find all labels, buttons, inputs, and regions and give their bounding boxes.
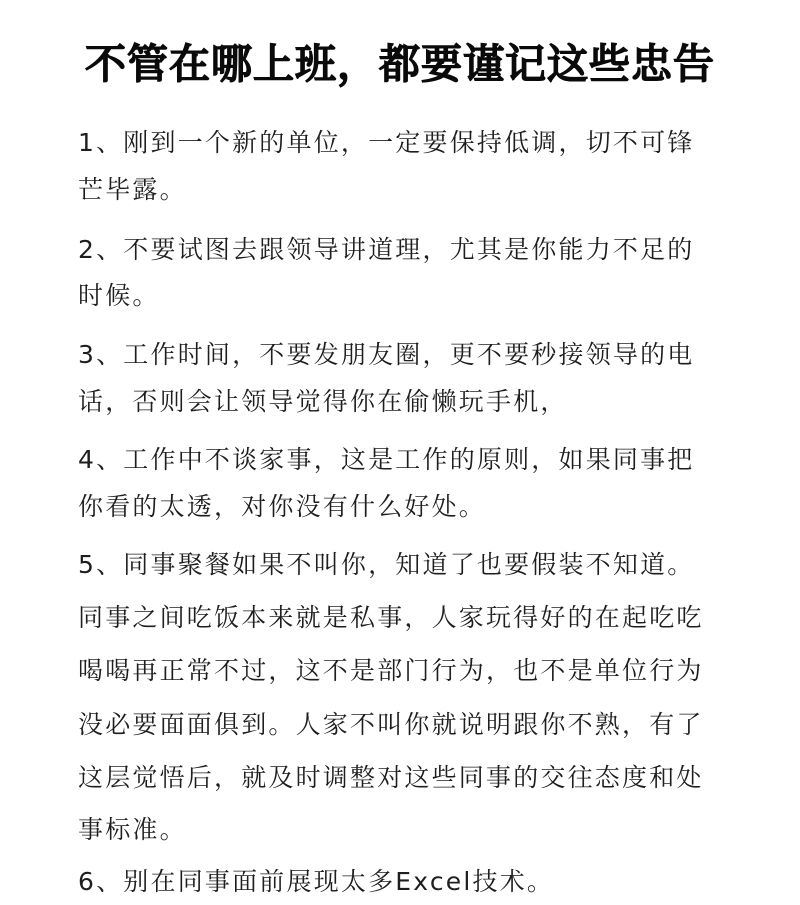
advice-5-line-2: 同事之间吃饭本来就是私事，人家玩得好的在起吃吃: [78, 601, 704, 635]
advice-1-line-2: 芒毕露。: [78, 173, 187, 207]
advice-2-line-2: 时候。: [78, 279, 160, 313]
advice-5-line-4: 没必要面面俱到。人家不叫你就说明跟你不熟，有了: [78, 708, 704, 742]
advice-4-line-2: 你看的太透，对你没有什么好处。: [78, 490, 486, 524]
advice-5-line-6: 事标准。: [78, 813, 187, 847]
advice-6-line-1: 6、别在同事面前展现太多Excel技术。: [78, 865, 554, 899]
advice-5-line-3: 喝喝再正常不过，这不是部门行为，也不是单位行为: [78, 654, 704, 688]
page-title: 不管在哪上班，都要谨记这些忠告: [0, 36, 800, 92]
advice-2-line-1: 2、不要试图去跟领导讲道理，尤其是你能力不足的: [78, 233, 695, 267]
advice-5-line-5: 这层觉悟后，就及时调整对这些同事的交往态度和处: [78, 761, 704, 795]
advice-3-line-1: 3、工作时间，不要发朋友圈，更不要秒接领导的电: [78, 338, 695, 372]
advice-3-line-2: 话，否则会让领导觉得你在偷懒玩手机，: [78, 385, 568, 419]
advice-5-line-1: 5、同事聚餐如果不叫你，知道了也要假装不知道。: [78, 548, 695, 582]
advice-4-line-1: 4、工作中不谈家事，这是工作的原则，如果同事把: [78, 443, 695, 477]
advice-1-line-1: 1、刚到一个新的单位，一定要保持低调，切不可锋: [78, 126, 695, 160]
